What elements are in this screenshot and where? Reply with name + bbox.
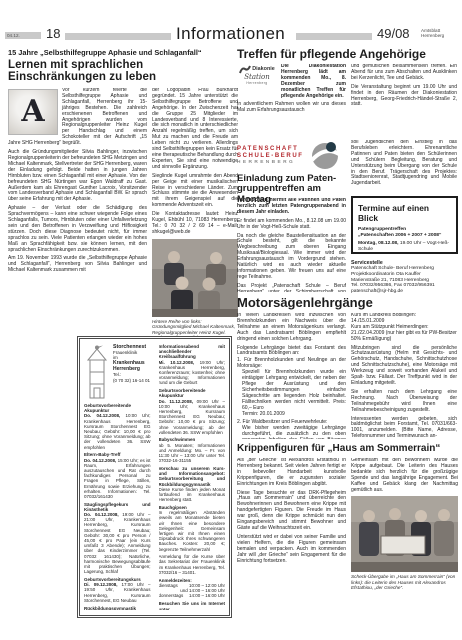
course-entry: Vorschau zu unserem Kurs- und Informatio… [159,466,226,502]
course-entry: Rückbildungsgymnastik Di. 09.12.2008, 19… [84,606,151,610]
motor-headline: Motorsägenlehrgänge [237,295,459,310]
lead-kicker: 15 Jahre „Selbsthilfegruppe Aphasie und … [8,48,236,57]
diakonie-word: Diakonie [252,67,274,73]
treffen-right-p1: und gemütlichen Beisammensein treffen. E… [351,64,457,82]
motor-left-p2: Folgende Lehrgänge bietet das Forstamt d… [237,346,346,358]
header-date-strip: 04.12. [5,32,41,39]
servicestelle: Servicestelle Patenschaft Schule- Beruf … [351,260,458,295]
krippen-right-p1: Gemeinsam mit den Bewohnern wurde die Kr… [351,458,458,493]
krippen-left-p1: Als „der Grieche“ ist Alexandros Efstath… [237,458,346,488]
paten-col-right: soll Jugendlichen den Einstieg in das Be… [351,140,457,194]
lead-col2-p1: der Logopädin Frau Burkhardt gegründet. … [152,88,238,171]
header-bar-right [296,33,372,40]
course-entry: Geburtsvorbereitende Akupunktur Do. 11.1… [159,388,226,435]
shg-a-logo: A [8,89,58,135]
course-entry: Säuglingspflegekurs und Kinästhetik Do. … [84,502,151,575]
termine-item-line2: „Patenschaften 2006 + 2007 + 2008“ [358,233,451,239]
diakonie-script: Station [237,74,277,81]
patenschaft-logo-line1: PATENSCHAFT [237,146,304,153]
krippen-left-p2: Diese Tage besuchte er das DRK-Pflegehei… [237,491,346,532]
storchennest-header: Storchennest Frauenklinik im Krankenhaus… [84,344,151,400]
group-photo [152,239,238,317]
treffen-left-p: In adventlichem Rahmen wollen wir uns di… [237,102,346,114]
issue-number: 49/08 [377,26,410,41]
lead-headline: Lernen mit sprachlichen Einschränkungen … [8,59,180,84]
page-number: 18 [46,26,60,41]
motor-right-p3: Sie erhalten nach dem Lehrgang eine Rech… [351,390,457,414]
termine-title: Termine auf einen Blick [358,203,451,223]
paten-p3: Das Projekt „Patenschaft Schule – Beruf … [237,284,346,292]
treffen-col-right: und gemütlichen Beisammensein treffen. E… [351,64,457,140]
patenschaft-logo-line3: HERRENBERG [237,160,304,165]
header-date: 04.12. [5,32,41,39]
lead-col1-p4: Am 19. November 1993 wurde die „Selbsthi… [8,256,147,274]
storchennest-box: Storchennest Frauenklinik im Krankenhaus… [77,336,232,618]
treffen-col-left: Diakonie Station Herrenberg Die Diakonie… [237,64,346,136]
paten-lead: Wir möchten hiermit alle Patinnen und Pa… [237,198,346,216]
course-entry: Eltern-Baby-Treff Do. 04.12.2008, 15:00 … [84,452,151,499]
paten-col-left: Wir möchten hiermit alle Patinnen und Pa… [237,198,346,292]
paten-right-p: soll Jugendlichen den Einstieg in das Be… [351,140,457,187]
motor-item-1: 1. Für Brennholzkunden und Neulinge an d… [237,358,346,417]
course-entry: Bauchgipsen In regelmäßigen Abständen je… [159,505,226,552]
stork-tower-icon [84,344,110,400]
krippen-col-right: Gemeinsam mit den Bewohnern wurde die Kr… [351,458,458,638]
termine-detail: Montag, 08.12.08, 19.00 Uhr – Vogt-Heß-S… [358,241,451,252]
motor-col-right: Kurs im Landkreis Böblingen: 14./15.01.2… [351,313,457,439]
krippen-left-p3: Unterstützt wird er dabei von seiner Fam… [237,535,346,565]
scheck-photo-caption: Scheck-Übergabe im „Haus am Sommerrain“ … [351,574,458,590]
course-entry: Geburtsvorbereitungskurs Di. 09.12.2008,… [84,577,151,603]
treffen-headline: Treffen für pflegende Angehörige [237,47,459,61]
storchennest-col-a: Storchennest Frauenklinik im Krankenhaus… [84,344,151,610]
krippen-headline: Krippenfiguren für „Haus am Sommerrain“ [237,443,459,454]
newspaper-page: 04.12. 18 Informationen 49/08 Amtsblatt … [0,0,462,640]
course-entry: Informationsabend mit anschließender Kre… [159,344,226,386]
diakonie-city: Herrenberg [237,81,277,87]
motor-left-p1: In vielen Landkreisen wird inzwischen vo… [237,313,346,343]
motor-kurs-list: Kurs im Landkreis Böblingen: 14./15.01.2… [351,313,457,343]
patenschaft-logo: PATENSCHAFT SCHULE-BERUF HERRENBERG [237,140,346,170]
course-entry: Geburtsvorbereitende Akupunktur Do. 04.1… [84,403,151,450]
lead-col2-p3: Die Kontaktadresse lautet: Heinz Kugel, … [152,212,238,236]
lead-column-1: A Vor kurzem feierte die Selbsthilfegrup… [8,88,147,336]
motor-col-left: In vielen Landkreisen wird inzwischen vo… [237,313,346,439]
paten-p2: Da noch die gleiche Baustellensituation … [237,234,346,281]
motor-item-2: 2. Für Waldbesitzer und Feuerwehrleute: … [237,420,346,439]
lead-col2-p2: Sieglinde Kugel umrahmte den Abend per G… [152,174,238,209]
shg-a-letter: A [21,109,44,115]
course-entry: Babyschwimmen ab 5. Monaten; Information… [159,437,226,463]
patenschaft-swoosh-icon [310,140,340,170]
lead-col1-p3: Aphasie – der Verlust oder die Schädigun… [8,206,147,253]
scheck-photo [351,496,458,572]
patenschaft-logo-line2: SCHULE-BERUF [237,153,304,160]
masthead-line2: Herrenberg [421,33,444,38]
lead-col1-p2: Auch die Gründungsmitglieder Silvia Bahl… [8,150,147,203]
page-title: Informationen [176,24,285,44]
anmeldung-note: Anmeldung für die Kurse über das Sekreta… [159,554,226,575]
paten-p1: Er findet am kommenden Mo., 8.12.08 um 1… [237,219,346,231]
masthead: Amtsblatt Herrenberg [421,28,444,39]
diakonie-logo: Diakonie Station Herrenberg [237,65,277,95]
storchennest-col-b: Informationsabend mit anschließender Kre… [159,344,226,610]
header-bar-left [65,33,171,40]
treffen-right-p2: Die Veranstaltung beginnt um 19.00 Uhr u… [351,85,457,109]
anmeldezeit-row: donnerstags14:00 – 16:00 Uhr [159,593,226,598]
stork-footer-1: Besuchen Sie uns im Internet unter [159,601,226,610]
krippen-col-left: Als „der Grieche“ ist Alexandros Efstath… [237,458,346,634]
lead-column-2: der Logopädin Frau Burkhardt gegründet. … [152,88,238,378]
termine-box: Termine auf einen Blick Patengruppentref… [351,196,458,254]
motor-right-p2: Mitzubringen sind die persönliche Schutz… [351,346,457,387]
motor-right-p4: Interessenten werden gebeten, sich baldm… [351,417,457,440]
